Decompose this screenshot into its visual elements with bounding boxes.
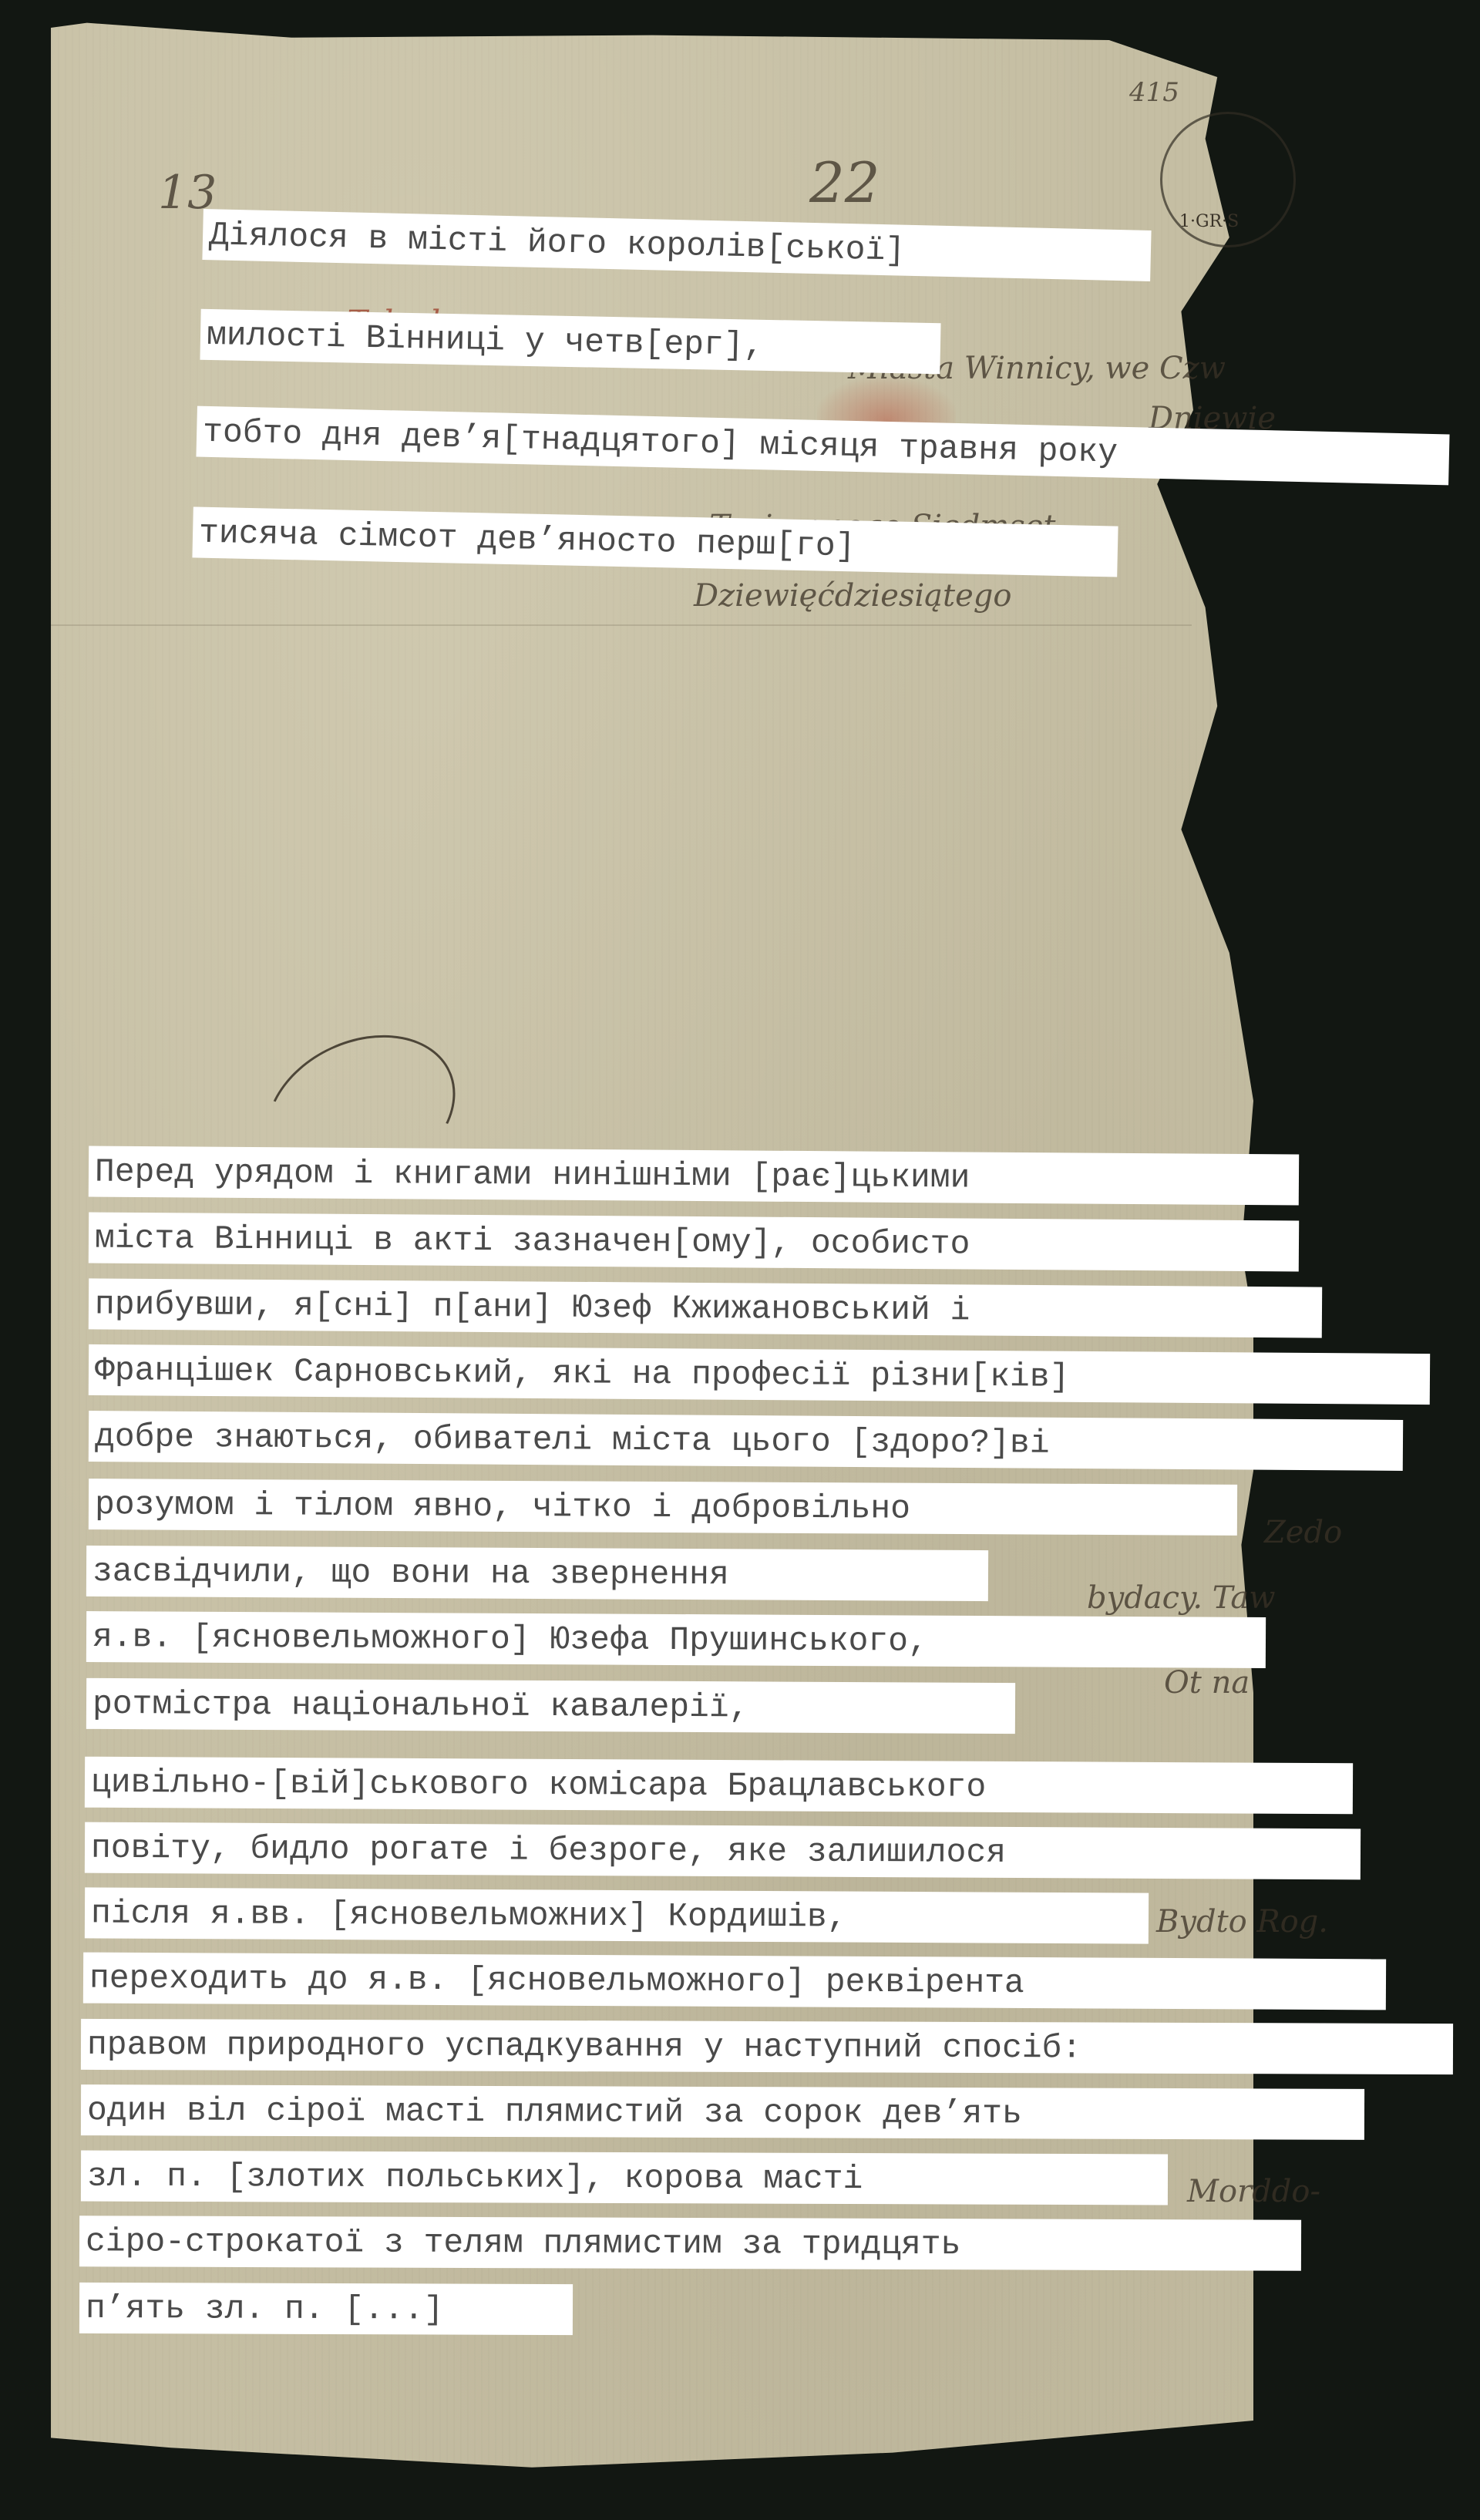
body-strip: добре знаються, обивателі міста цього [з… — [89, 1411, 1403, 1471]
stamp-text: 1·GR·S — [1179, 212, 1239, 231]
body-strip: повіту, бидло рогате і безроге, яке зали… — [85, 1822, 1361, 1880]
paper-fold-line — [51, 624, 1192, 626]
body-strip: засвідчили, що вони на звернення — [86, 1546, 988, 1601]
body-strip: розумом і тілом явно, чітко і добровільн… — [89, 1479, 1237, 1536]
page-number: 22 — [809, 150, 880, 215]
body-strip: правом природного успадкування у наступн… — [81, 2019, 1453, 2074]
body-strip: сіро-строкатої з телям плямистим за трид… — [79, 2216, 1301, 2271]
body-strip: зл. п. [злотих польських], корова масті — [81, 2151, 1168, 2205]
handwriting-fragment: Dziewięćdziesiątego — [694, 578, 1011, 614]
handwriting-fragment: Bydto Rog. — [1156, 1904, 1328, 1940]
revenue-stamp: 1·GR·S — [1160, 112, 1296, 247]
handwriting-fragment: Morddo- — [1187, 2174, 1320, 2209]
body-strip: один віл сірої масті плямистий за сорок … — [81, 2084, 1364, 2140]
body-strip: Перед урядом і книгами нинішніми [рає]ць… — [89, 1146, 1299, 1206]
body-strip: п’ять зл. п. [...] — [79, 2283, 573, 2335]
handwriting-fragment: bydacy. Taw — [1087, 1580, 1275, 1616]
body-strip: міста Вінниці в акті зазначен[ому], особ… — [89, 1213, 1299, 1272]
body-strip: я.в. [ясновельможного] Юзефа Прушинськог… — [86, 1611, 1266, 1668]
body-strip: після я.вв. [ясновельможних] Кордишів, — [85, 1887, 1149, 1943]
folio-number: 415 — [1129, 77, 1179, 108]
handwriting-fragment: Zedo — [1264, 1515, 1342, 1550]
body-strip: ротмістра національної кавалерії, — [86, 1678, 1015, 1734]
body-strip: Францішек Сарновський, які на професії р… — [89, 1344, 1430, 1405]
body-strip: переходить до я.в. [ясновельможного] рек… — [83, 1953, 1386, 2010]
body-strip: прибувши, я[сні] п[ани] Юзеф Кжижановськ… — [89, 1278, 1322, 1337]
handwriting-fragment: Ot na — [1164, 1665, 1250, 1701]
body-strip: цивільно-[вій]ськового комісара Брацлавс… — [85, 1757, 1353, 1815]
